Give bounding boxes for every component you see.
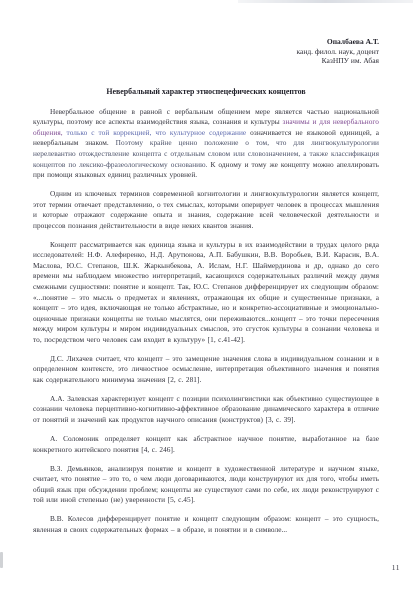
author-affiliation: КазНПУ им. Абая [33, 56, 379, 66]
paragraph-6-text: А. Соломоник определяет концепт как абст… [33, 434, 379, 454]
scan-artifact-left [0, 552, 3, 568]
paragraph-7-text: В.З. Демьянков, анализируя понятие и кон… [33, 464, 379, 505]
paragraph-4: Д.С. Лихачев считает, что концепт – это … [33, 354, 379, 386]
paragraph-5-text: А.А. Залевская характеризует концепт с п… [33, 394, 379, 424]
author-degree: канд. филол. наук, доцент [33, 47, 379, 57]
article-body: Невербальное общение в равной с вербальн… [33, 107, 379, 536]
paragraph-2-text: Одним из ключевых терминов современной к… [33, 189, 379, 230]
document-page: Опалбаева А.Т. канд. филол. наук, доцент… [0, 0, 413, 600]
author-name: Опалбаева А.Т. [33, 37, 379, 47]
paragraph-1: Невербальное общение в равной с вербальн… [33, 107, 379, 181]
paragraph-7: В.З. Демьянков, анализируя понятие и кон… [33, 464, 379, 506]
paragraph-4-text: Д.С. Лихачев считает, что концепт – это … [33, 354, 379, 384]
paragraph-6: А. Соломоник определяет концепт как абст… [33, 434, 379, 455]
article-title: Невербальный характер этноспецефических … [33, 87, 379, 97]
page-number: 11 [392, 563, 400, 572]
paragraph-1-marked-blue-text: только с той коррекцией, что культурное … [63, 128, 247, 137]
paragraph-3: Концепт рассматривается как единица язык… [33, 240, 379, 345]
author-block: Опалбаева А.Т. канд. филол. наук, доцент… [33, 37, 379, 66]
paragraph-5: А.А. Залевская характеризует концепт с п… [33, 394, 379, 426]
paragraph-3-text: Концепт рассматривается как единица язык… [33, 240, 379, 344]
paragraph-8: В.В. Колесов дифференцирует понятие и ко… [33, 514, 379, 535]
paragraph-8-text: В.В. Колесов дифференцирует понятие и ко… [33, 514, 379, 534]
scan-artifact-top [238, 0, 413, 3]
paragraph-2: Одним из ключевых терминов современной к… [33, 189, 379, 231]
